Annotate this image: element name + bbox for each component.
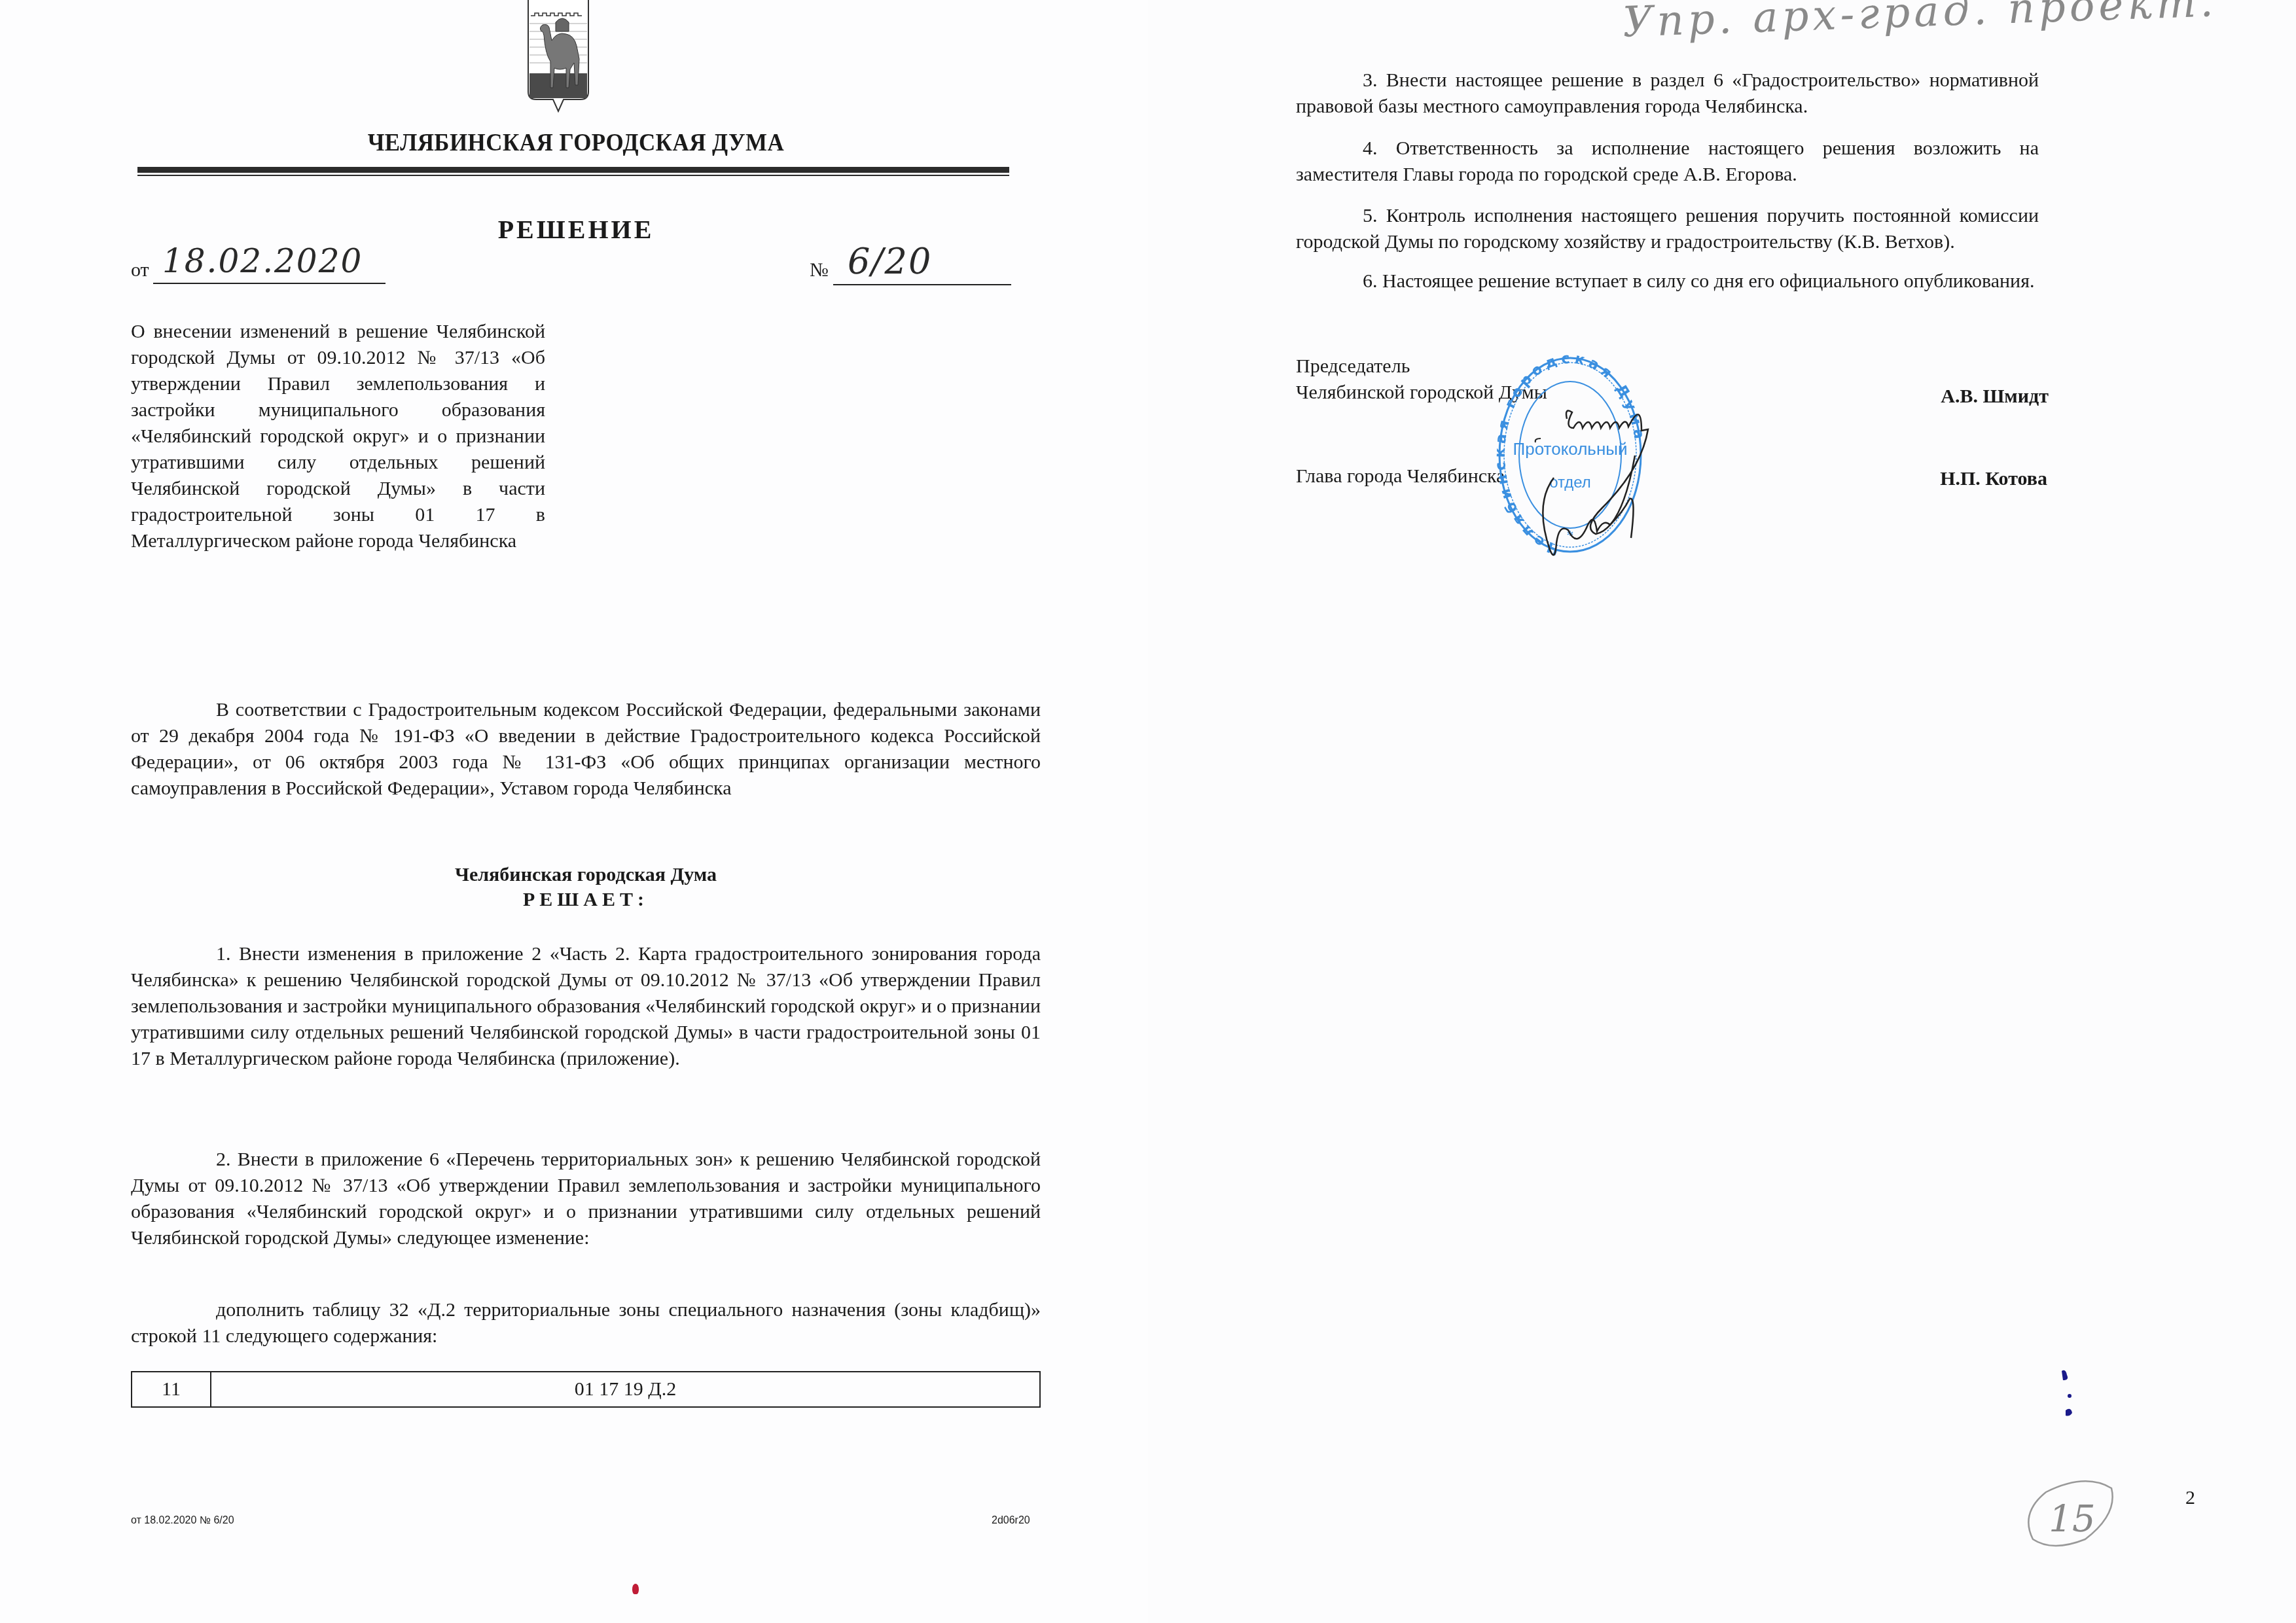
footer-document-ref: от 18.02.2020 № 6/20	[131, 1515, 234, 1527]
preamble-paragraph: В соответствии с Градостроительным кодек…	[131, 697, 1041, 802]
decides-word: РЕШАЕТ:	[131, 887, 1041, 912]
ink-blot-marks	[2058, 1364, 2077, 1436]
folio-number-mark: 15	[2026, 1479, 2118, 1551]
handwritten-number: 6/20	[848, 241, 932, 282]
footer-file-code: 2d06r20	[992, 1515, 1030, 1527]
chairman-name: А.В. Шмидт	[1941, 383, 2049, 410]
table-cell-row-number: 11	[132, 1372, 211, 1407]
document-page-2: Упр. арх-град. проект. 3. Внести настоящ…	[1148, 0, 2296, 1623]
date-prefix: от	[131, 259, 149, 281]
table-row: 11 01 17 19 Д.2	[132, 1372, 1040, 1407]
item-6-paragraph: 6. Настоящее решение вступает в силу со …	[1296, 268, 2039, 294]
chairman-title-line1: Председатель	[1296, 353, 1410, 380]
number-prefix: №	[810, 259, 829, 281]
city-crest-camel-icon	[527, 0, 590, 113]
document-page-1: ЧЕЛЯБИНСКАЯ ГОРОДСКАЯ ДУМА РЕШЕНИЕ от 18…	[0, 0, 1148, 1623]
item-4-paragraph: 4. Ответственность за исполнение настоящ…	[1296, 135, 2039, 188]
table-cell-zone-code: 01 17 19 Д.2	[211, 1372, 1040, 1407]
mayor-name: Н.П. Котова	[1940, 466, 2047, 492]
header-divider	[137, 167, 1009, 176]
document-type-heading: РЕШЕНИЕ	[131, 214, 1021, 245]
item-2-subparagraph: дополнить таблицу 32 «Д.2 территориальны…	[131, 1297, 1041, 1349]
date-number-row: от 18.02.2020 № 6/20	[131, 243, 1021, 289]
red-ink-mark	[632, 1584, 639, 1594]
decides-block: Челябинская городская Дума РЕШАЕТ:	[131, 863, 1041, 912]
item-1-paragraph: 1. Внести изменения в приложение 2 «Част…	[131, 941, 1041, 1072]
handwritten-routing-note: Упр. арх-град. проект.	[1622, 0, 2218, 47]
handwritten-date: 18.02.2020	[162, 242, 363, 280]
organization-title: ЧЕЛЯБИНСКАЯ ГОРОДСКАЯ ДУМА	[166, 128, 985, 157]
mayor-title: Глава города Челябинска	[1296, 463, 1505, 490]
zone-table: 11 01 17 19 Д.2	[131, 1371, 1041, 1408]
page-number: 2	[2185, 1487, 2195, 1509]
number-underline	[833, 284, 1011, 285]
item-5-paragraph: 5. Контроль исполнения настоящего решени…	[1296, 203, 2039, 255]
item-3-paragraph: 3. Внести настоящее решение в раздел 6 «…	[1296, 67, 2039, 120]
decision-subject: О внесении изменений в решение Челябинск…	[131, 319, 545, 554]
date-underline	[153, 283, 386, 284]
mayor-signature-icon	[1501, 465, 1659, 576]
svg-text:15: 15	[2049, 1498, 2095, 1541]
item-2-paragraph: 2. Внести в приложение 6 «Перечень терри…	[131, 1147, 1041, 1251]
decides-heading: Челябинская городская Дума	[131, 863, 1041, 887]
